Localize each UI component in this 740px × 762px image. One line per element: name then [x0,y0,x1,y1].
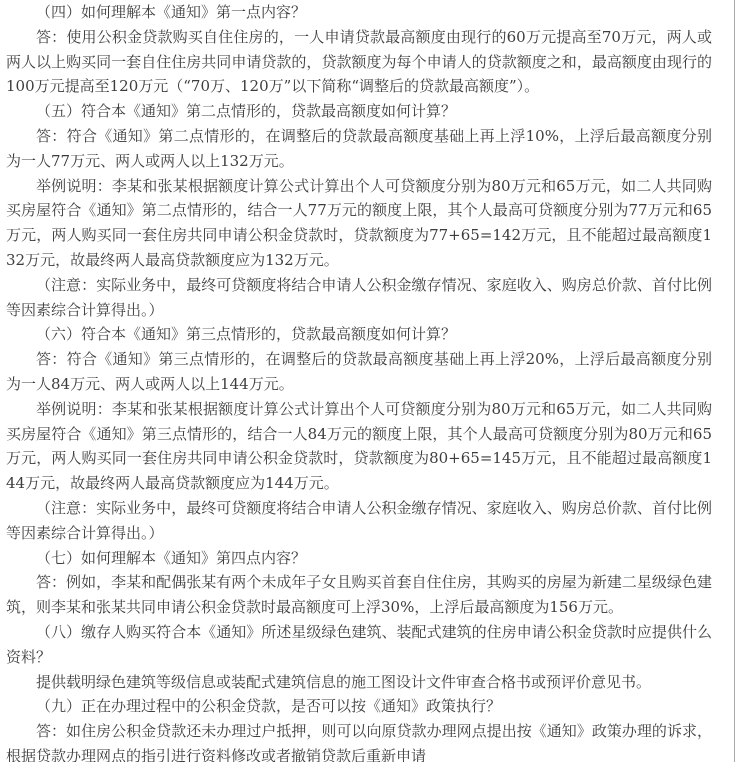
note-5: （注意：实际业务中，最终可贷额度将结合申请人公积金缴存情况、家庭收入、购房总价款… [6,273,712,323]
question-6: （六）符合本《通知》第三点情形的，贷款最高额度如何计算？ [6,322,712,347]
note-6: （注意：实际业务中，最终可贷额度将结合申请人公积金缴存情况、家庭收入、购房总价款… [6,496,712,546]
answer-7: 答：例如，李某和配偶张某有两个未成年子女且购买首套自住住房，其购买的房屋为新建二… [6,570,712,620]
answer-6: 答：符合《通知》第三点情形的，在调整后的贷款最高额度基础上再上浮20%，上浮后最… [6,347,712,397]
answer-5: 答：符合《通知》第二点情形的，在调整后的贷款最高额度基础上再上浮10%，上浮后最… [6,124,712,174]
faq-text-body: （四）如何理解本《通知》第一点内容？ 答：使用公积金贷款购买自住住房的，一人申请… [6,0,712,762]
document-page: （四）如何理解本《通知》第一点内容？ 答：使用公积金贷款购买自住住房的，一人申请… [0,0,740,762]
question-5: （五）符合本《通知》第二点情形的，贷款最高额度如何计算？ [6,99,712,124]
content-right-border [734,0,735,762]
example-5: 举例说明：李某和张某根据额度计算公式计算出个人可贷额度分别为80万元和65万元，… [6,174,712,273]
question-7: （七）如何理解本《通知》第四点内容？ [6,546,712,571]
question-4: （四）如何理解本《通知》第一点内容？ [6,0,712,25]
question-9: （九）正在办理过程中的公积金贷款，是否可以按《通知》政策执行？ [6,694,712,719]
question-8: （八）缴存人购买符合本《通知》所述星级绿色建筑、装配式建筑的住房申请公积金贷款时… [6,620,712,670]
answer-9: 答：如住房公积金贷款还未办理过户抵押，则可以向原贷款办理网点提出按《通知》政策办… [6,719,712,762]
example-6: 举例说明：李某和张某根据额度计算公式计算出个人可贷额度分别为80万元和65万元，… [6,397,712,496]
answer-4: 答：使用公积金贷款购买自住住房的，一人申请贷款最高额度由现行的60万元提高至70… [6,25,712,99]
answer-8: 提供载明绿色建筑等级信息或装配式建筑信息的施工图设计文件审查合格书或预评价意见书… [6,670,712,695]
